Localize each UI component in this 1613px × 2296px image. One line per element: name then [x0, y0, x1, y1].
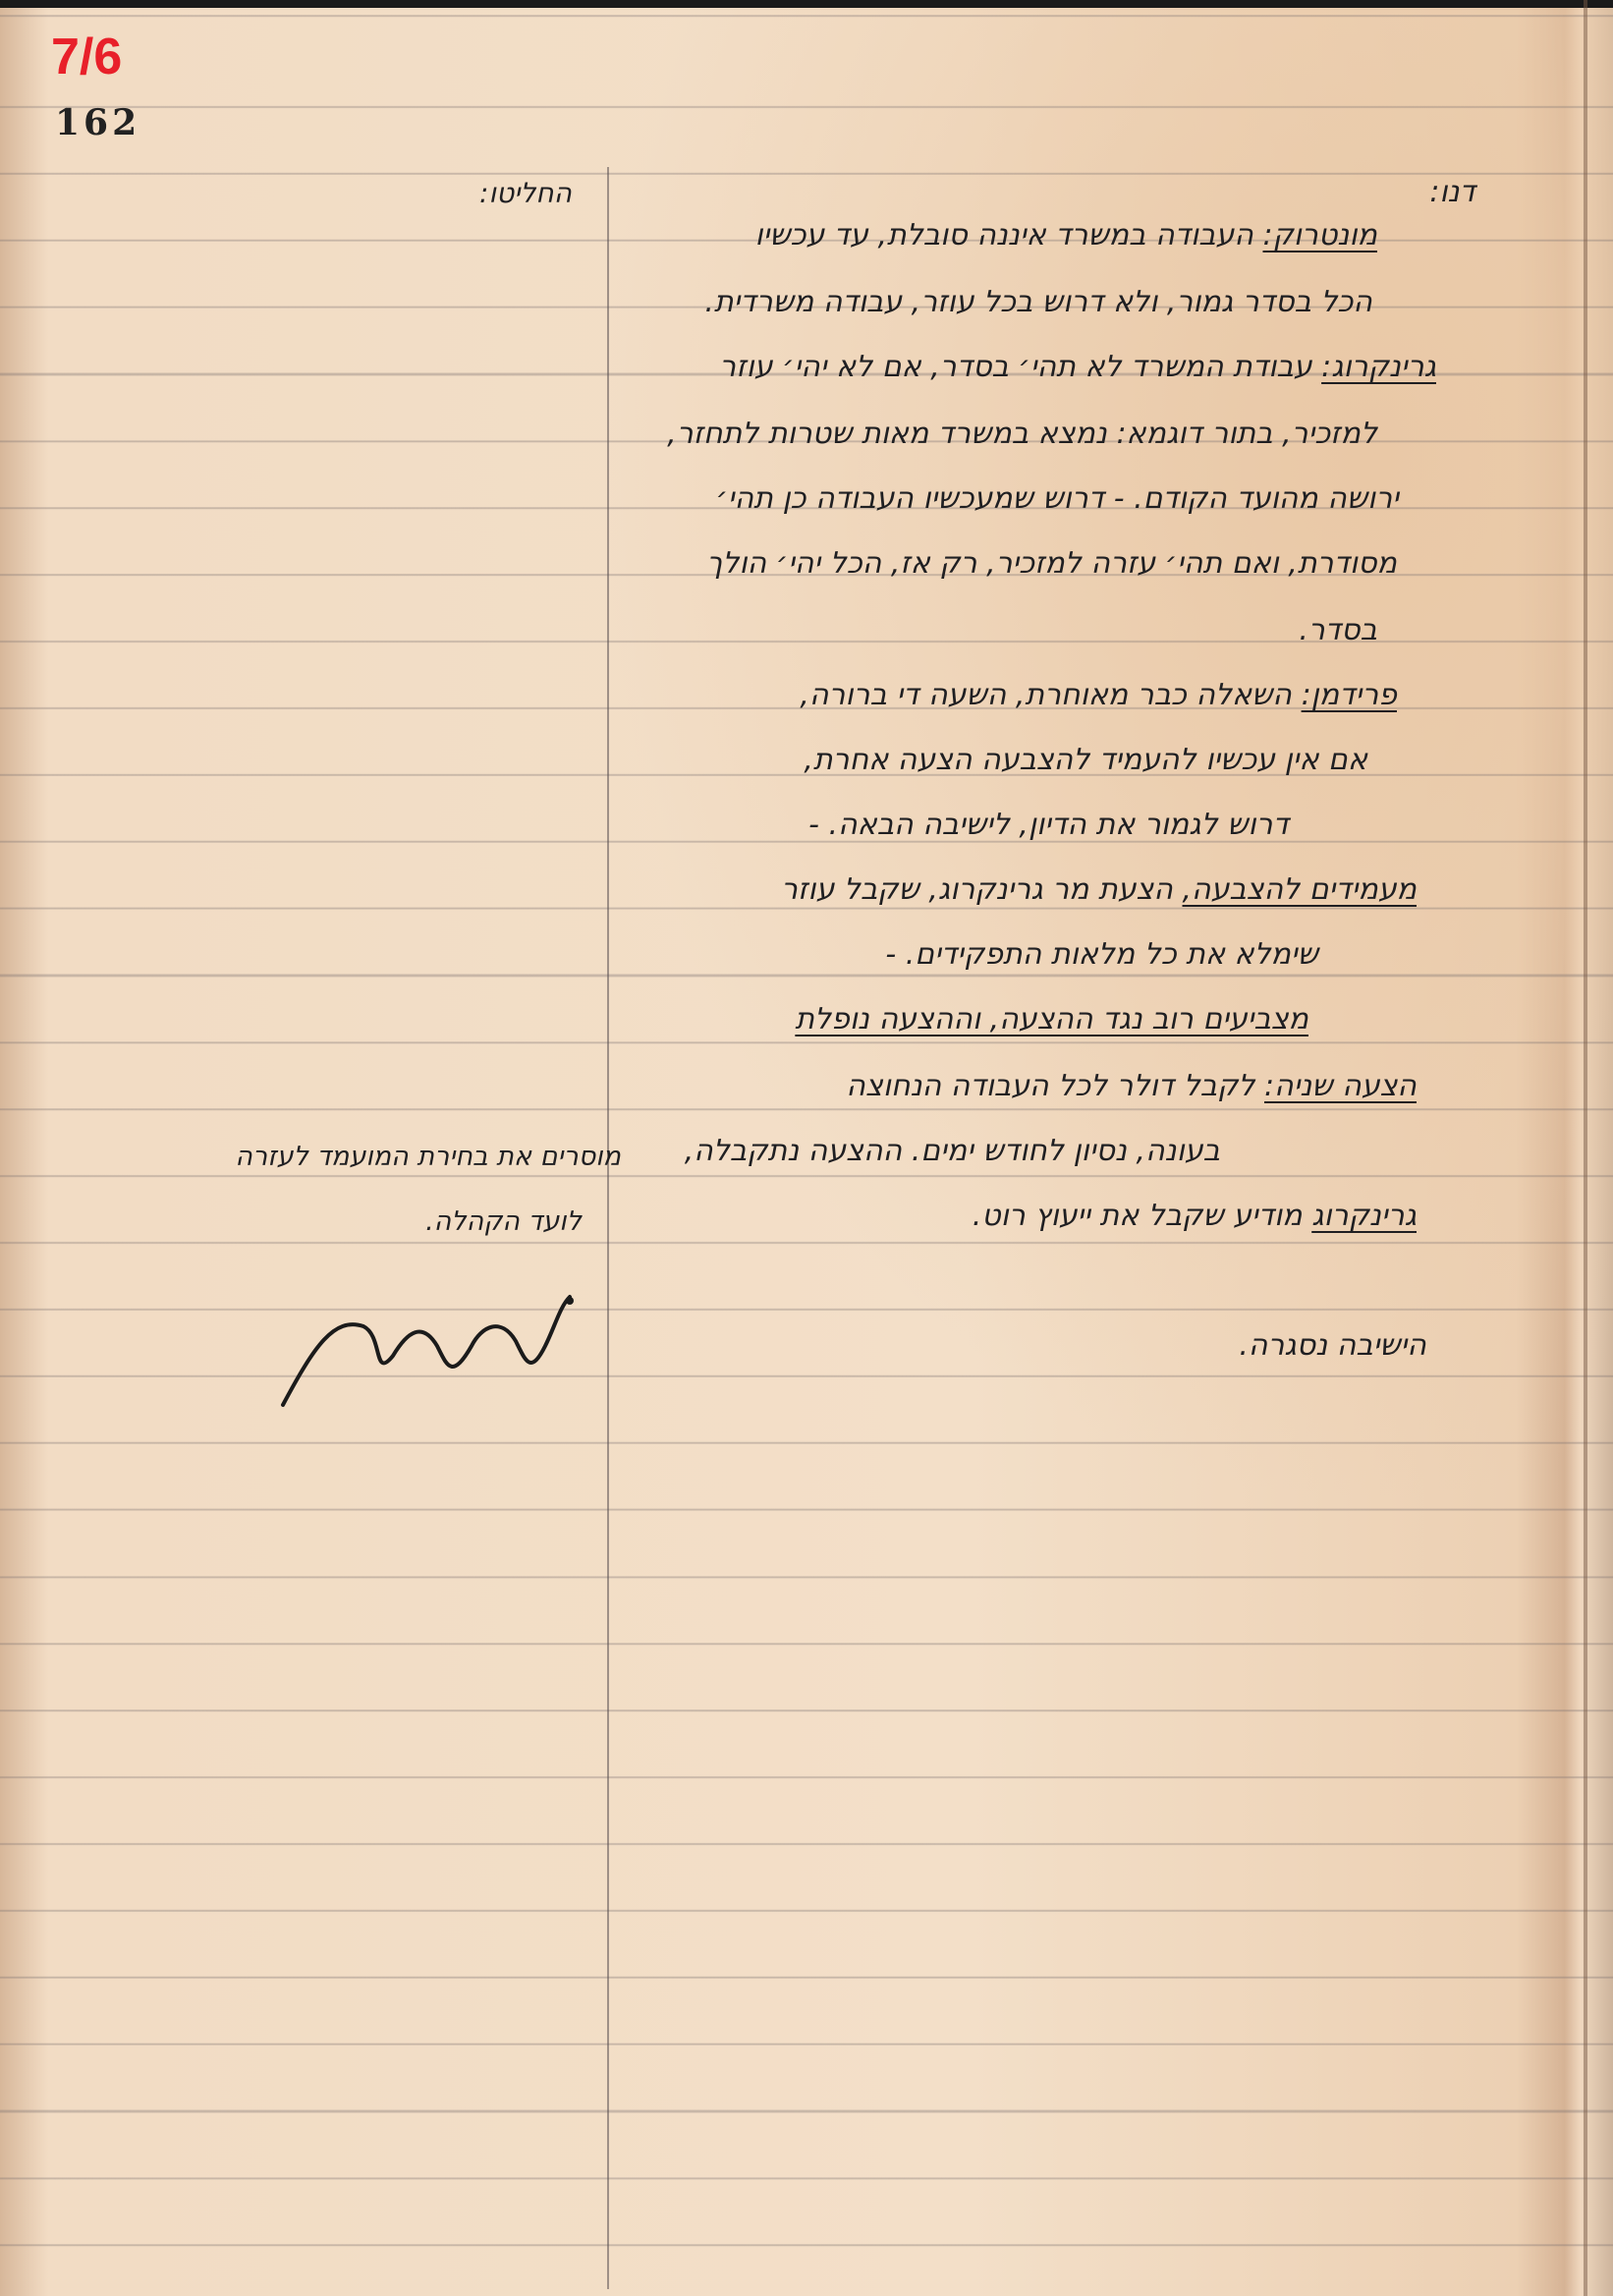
margin-rule — [607, 167, 609, 2289]
minutes-line: דרוש לגמור את הדיון, לישיבה הבאה. - — [808, 808, 1289, 842]
vote-result: מצביעים רוב נגד ההצעה, וההצעה נופלת — [795, 1002, 1308, 1036]
minutes-line: גרינקרוג מודיע שקבל את ייעוץ רוט. — [973, 1199, 1417, 1233]
minutes-line: אם אין עכשיו להעמיד להצבעה הצעה אחרת, — [804, 743, 1367, 777]
signature — [275, 1287, 589, 1415]
notebook-binding — [1584, 0, 1587, 2296]
minutes-line: מעמידים להצבעה, הצעת מר גרינקרוג, שקבל ע… — [781, 872, 1417, 907]
minutes-line: מסודרת, ואם תהי׳ עזרה למזכיר, רק אז, הכל… — [706, 546, 1397, 581]
minutes-line: גרינקרוג: עבודת המשרד לא תהי׳ בסדר, אם ל… — [719, 350, 1436, 384]
minutes-line: פרידמן: השאלה כבר מאוחרת, השעה די ברורה, — [800, 678, 1397, 712]
folio-stamp: 7/6 — [51, 28, 122, 86]
right-heading: דנו: — [1429, 175, 1475, 209]
speaker-name: מעמידים להצבעה, — [1183, 872, 1417, 907]
decision-line-2: לועד הקהלה. — [425, 1206, 582, 1237]
decision-line-1: מוסרים את בחירת המועמד לעזרה — [235, 1142, 621, 1172]
minutes-line: הצעה שניה: לקבל דולר לכל העבודה הנחוצה — [846, 1069, 1417, 1103]
left-heading: החליטו: — [479, 177, 572, 209]
speaker-name: הצעה שניה: — [1264, 1069, 1417, 1103]
minutes-line: למזכיר, בתור דוגמא: נמצא במשרד מאות שטרו… — [667, 417, 1377, 451]
minutes-line: ירושה מהועד הקודם. - דרוש שמעכשיו העבודה… — [715, 481, 1399, 516]
speaker-name: גרינקרוג — [1311, 1199, 1417, 1233]
page-number: 162 — [55, 102, 140, 143]
speaker-name: גרינקרוג: — [1321, 350, 1436, 384]
minutes-line: בסדר. — [1299, 613, 1377, 647]
speaker-name: פרידמן: — [1302, 678, 1397, 712]
scan-edge — [0, 0, 1613, 8]
minutes-line: הכל בסדר גמור, ולא דרוש בכל עוזר, עבודה … — [704, 285, 1372, 319]
minutes-line: בעונה, נסיון לחודש ימים. ההצעה נתקבלה, — [685, 1134, 1220, 1168]
meeting-closed: הישיבה נסגרה. — [1239, 1328, 1426, 1363]
speaker-name: מונטרוק: — [1262, 218, 1377, 252]
minutes-line: שימלא את כל מלאות התפקידים. - — [885, 937, 1318, 972]
minutes-line: מונטרוק: העבודה במשרד איננה סובלת, עד עכ… — [754, 218, 1377, 252]
